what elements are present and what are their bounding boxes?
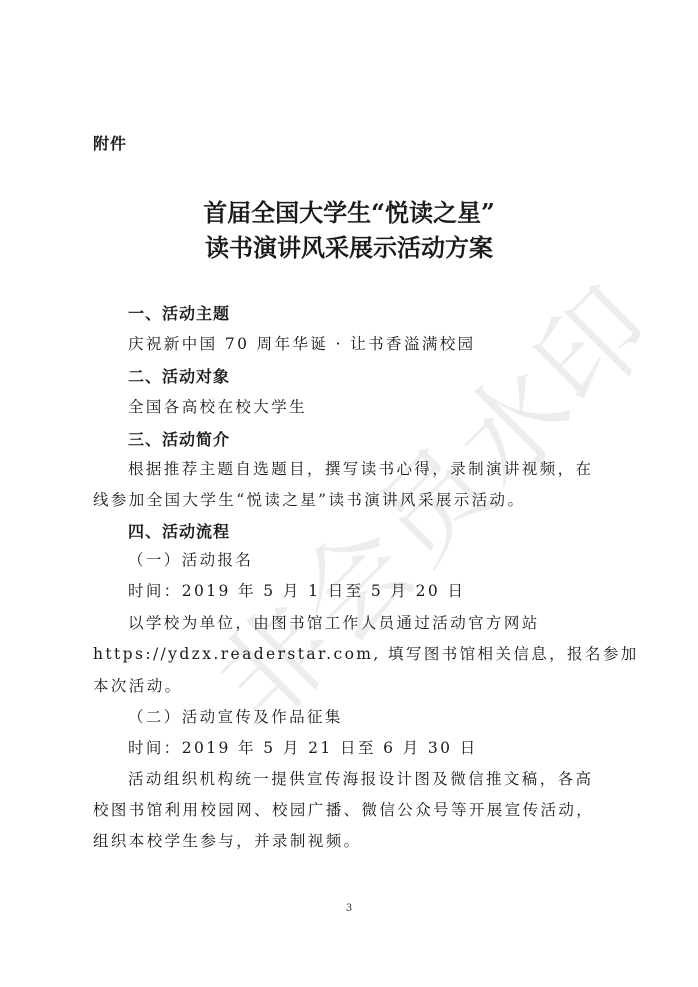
document-title-line1: 首届全国大学生“悦读之星” bbox=[0, 193, 698, 228]
section-heading-theme: 一、活动主题 bbox=[128, 301, 230, 324]
subsection-text-registration-2: https://ydzx.readerstar.com, 填写图书馆相关信息，报… bbox=[93, 642, 639, 664]
document-title-line2: 读书演讲风采展示活动方案 bbox=[0, 228, 698, 263]
subsection-text-registration-3: 本次活动。 bbox=[93, 674, 183, 696]
subsection-heading-registration: （一）活动报名 bbox=[128, 548, 253, 570]
subsection-text-promotion-3: 组织本校学生参与，并录制视频。 bbox=[93, 829, 362, 851]
section-heading-process: 四、活动流程 bbox=[128, 519, 230, 542]
attachment-label: 附件 bbox=[93, 131, 127, 154]
subsection-heading-promotion: （二）活动宣传及作品征集 bbox=[128, 705, 343, 727]
section-text-theme: 庆祝新中国 70 周年华诞 · 让书香溢满校园 bbox=[128, 332, 476, 354]
section-text-intro-1: 根据推荐主题自选题目，撰写读书心得，录制演讲视频，在 bbox=[128, 457, 593, 479]
section-heading-target: 二、活动对象 bbox=[128, 364, 230, 387]
page-number: 3 bbox=[0, 903, 698, 914]
subsection-time-promotion: 时间：2019 年 5 月 21 日至 6 月 30 日 bbox=[128, 736, 478, 758]
subsection-time-registration: 时间：2019 年 5 月 1 日至 5 月 20 日 bbox=[128, 579, 465, 601]
document-page: 非会员水印 附件 首届全国大学生“悦读之星” 读书演讲风采展示活动方案 一、活动… bbox=[0, 0, 698, 987]
subsection-text-promotion-2: 校图书馆利用校园网、校园广播、微信公众号等开展宣传活动， bbox=[93, 798, 594, 820]
section-heading-intro: 三、活动简介 bbox=[128, 427, 230, 450]
section-text-target: 全国各高校在校大学生 bbox=[128, 395, 307, 417]
subsection-text-promotion-1: 活动组织机构统一提供宣传海报设计图及微信推文稿，各高 bbox=[128, 767, 593, 789]
section-text-intro-2: 线参加全国大学生“悦读之星”读书演讲风采展示活动。 bbox=[93, 488, 525, 510]
subsection-text-registration-1: 以学校为单位，由图书馆工作人员通过活动官方网站 bbox=[128, 611, 540, 633]
